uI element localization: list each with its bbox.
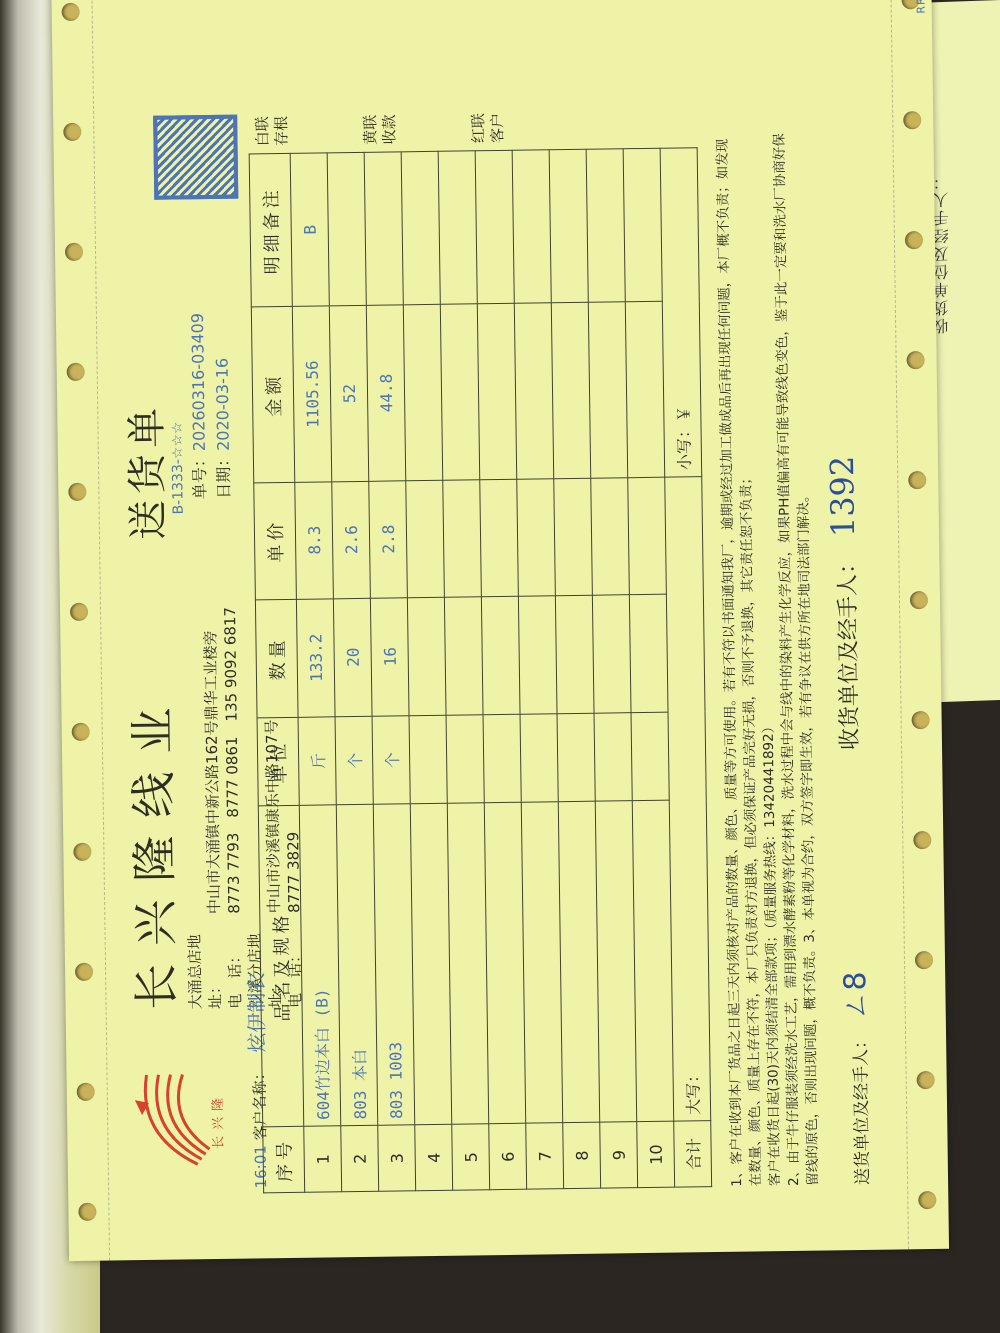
row-qty: 133.2: [296, 598, 335, 717]
row-unit: [483, 714, 521, 803]
row-qty: 20: [333, 598, 372, 717]
row-unit: 斤: [298, 717, 336, 806]
row-remark: [327, 152, 366, 306]
row-qty: [592, 594, 631, 713]
header-amount: 金额: [251, 307, 294, 483]
items-table: 序号 品名及规格 单位 数量 单价 金额 明细备注 1604竹边本白 (B)斤1…: [249, 147, 712, 1193]
row-unit: [557, 713, 595, 802]
row-remark: [364, 152, 403, 306]
row-qty: [481, 596, 520, 715]
row-remark: [512, 150, 551, 304]
row-price: [443, 479, 482, 596]
row-amount: [625, 302, 664, 478]
number-label: 单号：: [190, 451, 210, 499]
row-unit: [520, 714, 558, 803]
row-amount: [477, 304, 516, 480]
copy-yellow: 黄联收款: [361, 114, 399, 145]
receiver-sign: 1392: [823, 455, 862, 537]
row-qty: 16: [370, 597, 409, 716]
order-number: 20260316-03409: [188, 313, 209, 451]
row-name: [447, 803, 488, 1125]
row-no: 7: [526, 1123, 564, 1189]
row-name: 604竹边本白 (B): [299, 805, 340, 1127]
receiver-label: 收货单位及经手人：: [835, 552, 863, 750]
copy-legend: 白联存根 黄联收款 红联客户: [253, 112, 577, 147]
row-price: 8.3: [295, 481, 334, 598]
row-amount: [588, 302, 627, 478]
serial-code: B-1333-☆☆☆: [169, 421, 186, 514]
row-no: 9: [600, 1122, 638, 1188]
row-qty: [629, 594, 668, 713]
row-no: 2: [341, 1126, 379, 1192]
row-name: [632, 801, 673, 1123]
sender-signature: 送货单位及经手人： ㄥ8: [830, 971, 877, 1185]
row-no: 3: [378, 1125, 416, 1191]
row-remark: B: [290, 153, 329, 307]
row-name: [595, 801, 636, 1123]
qr-code-icon: [153, 115, 238, 200]
row-amount: 1105.56: [292, 306, 331, 482]
row-remark: [401, 151, 440, 305]
receiver-signature: 收货单位及经手人： 1392: [823, 455, 865, 750]
row-price: 2.6: [332, 481, 371, 598]
date-label: 日期：: [214, 451, 234, 499]
row-amount: [440, 304, 479, 480]
lowercase-total: 小写：￥: [660, 148, 702, 477]
row-no: 4: [415, 1125, 453, 1191]
row-unit: [409, 715, 447, 804]
row-price: [480, 479, 519, 596]
row-qty: [555, 595, 594, 714]
order-date: 2020-03-16: [213, 358, 233, 451]
row-price: [406, 480, 445, 597]
copy-white: 白联存根: [253, 116, 291, 147]
lowercase-label: 小写：￥: [674, 406, 694, 470]
row-remark: [549, 149, 588, 303]
header-name: 品名及规格: [258, 806, 303, 1128]
row-remark: [438, 151, 477, 305]
edge-mark: RRRR: [914, 0, 927, 14]
row-price: [591, 477, 630, 594]
terms-block: 1、客户在收到本厂货品之日起三天内须核对产品的数量、颜色、质量等方可使用。若有不…: [713, 126, 823, 1187]
row-qty: [518, 595, 557, 714]
delivery-note: 长兴隆 长兴隆线业 送货单 大涌总店地址：中山市大涌镇中新公路162号鼎华工业楼…: [51, 0, 949, 1261]
total-label: 合计: [674, 1121, 712, 1187]
row-amount: [514, 303, 553, 479]
tractor-holes-bottom: [901, 0, 939, 1249]
uppercase-total: 大写：: [665, 476, 711, 1121]
row-name: 803 1003: [373, 804, 414, 1126]
company-logo-icon: [126, 1064, 218, 1175]
order-meta: 单号：20260316-03409 日期：2020-03-16: [186, 313, 237, 500]
row-name: [558, 802, 599, 1124]
row-no: 5: [452, 1124, 490, 1190]
row-price: 2.8: [369, 480, 408, 597]
row-unit: 个: [372, 716, 410, 805]
sender-sign: ㄥ8: [838, 971, 874, 1021]
row-amount: 44.8: [366, 305, 405, 481]
row-unit: 个: [335, 716, 373, 805]
header-no: 序号: [263, 1127, 305, 1193]
row-name: [410, 804, 451, 1126]
row-no: 6: [489, 1124, 527, 1190]
row-unit: [631, 712, 669, 801]
row-name: [521, 802, 562, 1124]
header-qty: 数量: [255, 599, 298, 718]
row-price: [628, 477, 667, 594]
document-type: 送货单: [115, 402, 174, 541]
hq-phone: 8773 7793 8777 0861 135 9092 6817: [220, 607, 244, 914]
header-remark: 明细备注: [249, 153, 292, 307]
row-no: 1: [304, 1126, 342, 1192]
copy-red: 红联客户: [469, 113, 507, 144]
row-unit: [594, 713, 632, 802]
row-remark: [586, 149, 625, 303]
row-price: [554, 478, 593, 595]
header-unit: 单位: [257, 717, 299, 806]
sender-label: 送货单位及经手人：: [851, 1032, 873, 1185]
row-name: [484, 803, 525, 1125]
row-amount: 52: [329, 306, 368, 482]
row-price: [517, 478, 556, 595]
company-name: 长兴隆线业: [116, 689, 186, 1010]
uppercase-label: 大写：: [683, 1067, 703, 1115]
row-no: 8: [563, 1123, 601, 1189]
row-remark: [475, 150, 514, 304]
row-amount: [403, 305, 442, 481]
row-name: 803 本白: [336, 805, 377, 1127]
row-no: 10: [637, 1122, 675, 1188]
row-amount: [551, 303, 590, 479]
row-remark: [623, 148, 662, 302]
row-unit: [446, 715, 484, 804]
row-qty: [444, 596, 483, 715]
hq-address-label: 大涌总店地址：: [184, 914, 225, 1010]
header-price: 单价: [254, 482, 297, 599]
logo-text: 长兴隆: [207, 1092, 227, 1149]
row-qty: [407, 597, 446, 716]
